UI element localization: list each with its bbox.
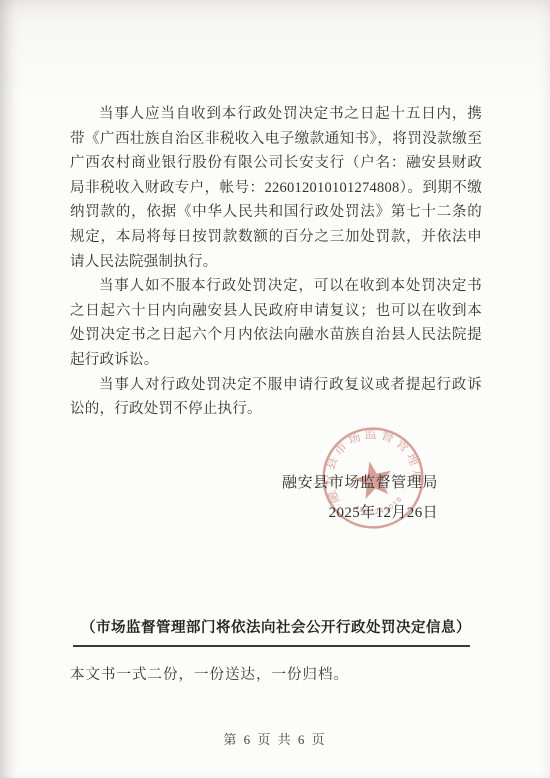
copies-note: 本文书一式二份，一份送达，一份归档。	[70, 663, 349, 684]
issuing-authority: 融安县市场监督管理局	[282, 471, 438, 492]
public-disclosure-note: （市场监督管理部门将依法向社会公开行政处罚决定信息）	[70, 616, 482, 637]
paragraph-enforcement-note: 当事人对行政处罚决定不服申请行政复议或者提起行政诉讼的，行政处罚不停止执行。	[70, 373, 482, 422]
penalty-decision-page: 当事人应当自收到本行政处罚决定书之日起十五日内，携带《广西壮族自治区非税收入电子…	[0, 0, 550, 778]
footer-divider	[73, 645, 470, 647]
paragraph-appeal-rights: 当事人如不服本行政处罚决定，可以在收到本处罚决定书之日起六十日内向融安县人民政府…	[70, 274, 482, 372]
signoff-block: 融安县市场监督管理局 2025年12月26日	[282, 471, 438, 522]
page-number: 第 6 页 共 6 页	[0, 729, 550, 748]
issue-date: 2025年12月26日	[282, 501, 438, 522]
document-body: 当事人应当自收到本行政处罚决定书之日起十五日内，携带《广西壮族自治区非税收入电子…	[70, 102, 482, 422]
paragraph-payment-instructions: 当事人应当自收到本行政处罚决定书之日起十五日内，携带《广西壮族自治区非税收入电子…	[70, 102, 482, 274]
